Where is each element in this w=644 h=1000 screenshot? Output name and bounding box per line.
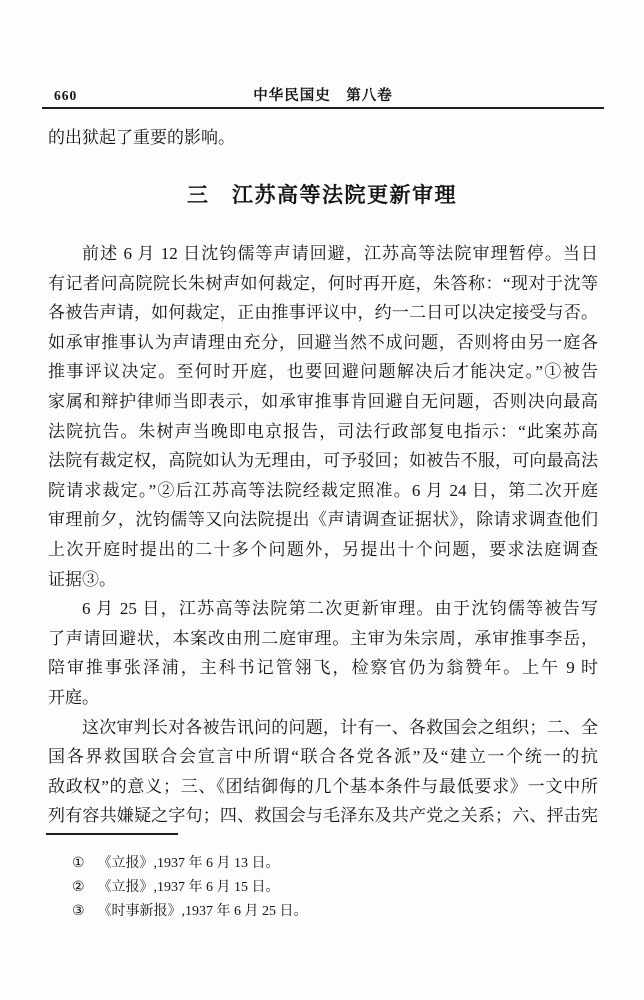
text-line: 审理前夕，沈钧儒等又向法院提出《声请调查证据状》，除请求调查他们 (48, 505, 598, 535)
text-line: 国各界救国联合会宣言中所谓“联合各党各派”及“建立一个统一的抗 (48, 742, 598, 772)
body-text: 前述 6 月 12 日沈钧儒等声请回避，江苏高等法院审理暂停。当日有记者问高院院… (48, 239, 598, 831)
text-line: 有记者问高院院长朱树声如何裁定，何时再开庭，朱答称：“现对于沈等 (48, 269, 598, 299)
text-line: 各被告声请，如何裁定，正由推事评议中，约一二日可以决定接受与否。 (48, 298, 598, 328)
continuation-line: 的出狱起了重要的影响。 (48, 123, 598, 153)
section-heading: 三 江苏高等法院更新审理 (0, 179, 644, 211)
footnotes: ①《立报》,1937 年 6 月 13 日。②《立报》,1937 年 6 月 1… (72, 852, 598, 924)
page-number: 660 (54, 87, 77, 105)
text-line: 如承审推事认为声请理由充分，回避当然不成问题，否则将由另一庭各 (48, 328, 598, 358)
header-rule (42, 107, 604, 109)
text-line: 前述 6 月 12 日沈钧儒等声请回避，江苏高等法院审理暂停。当日 (48, 239, 598, 269)
text-line: 法院有裁定权，高院如认为无理由，可予驳回；如被告不服，可向最高法 (48, 446, 598, 476)
page-header: 660 中华民国史 第八卷 (48, 87, 598, 105)
footnote-separator (46, 833, 178, 835)
text-line: 敌政权”的意义；三、《团结御侮的几个基本条件与最低要求》一文中所 (48, 772, 598, 802)
text-line: 院请求裁定。”②后江苏高等法院经裁定照准。6 月 24 日，第二次开庭 (48, 476, 598, 506)
footnote-text: 《立报》,1937 年 6 月 15 日。 (98, 880, 280, 895)
footnote-marker: ② (72, 876, 85, 900)
text-line: 家属和辩护律师当即表示，如承审推事肯回避自无问题，否则决向最高 (48, 387, 598, 417)
footnote-item: ③《时事新报》,1937 年 6 月 25 日。 (72, 900, 598, 924)
text-line: 证据③。 (48, 565, 598, 595)
text-line: 6 月 25 日，江苏高等法院第二次更新审理。由于沈钧儒等被告写 (48, 594, 598, 624)
text-line: 陪审推事张泽浦，主科书记管翎飞，检察官仍为翁赞年。上午 9 时 (48, 653, 598, 683)
text-line: 了声请回避状，本案改由刑二庭审理。主审为朱宗周，承审推事李岳， (48, 624, 598, 654)
footnote-item: ①《立报》,1937 年 6 月 13 日。 (72, 852, 598, 876)
text-line: 推事评议决定。至何时开庭，也要回避问题解决后才能决定。”①被告 (48, 357, 598, 387)
text-line: 开庭。 (48, 683, 598, 713)
footnote-text: 《时事新报》,1937 年 6 月 25 日。 (98, 904, 308, 919)
book-page: 660 中华民国史 第八卷 的出狱起了重要的影响。 三 江苏高等法院更新审理 前… (0, 0, 644, 1000)
text-line: 列有容共嫌疑之字句；四、救国会与毛泽东及共产党之关系；六、抨击宪 (48, 801, 598, 831)
text-line: 上次开庭时提出的二十多个问题外，另提出十个问题，要求法庭调查 (48, 535, 598, 565)
footnote-text: 《立报》,1937 年 6 月 13 日。 (98, 856, 280, 871)
footnote-marker: ① (72, 852, 85, 876)
text-line: 这次审判长对各被告讯问的问题，计有一、各救国会之组织；二、全 (48, 713, 598, 743)
text-line: 法院抗告。朱树声当晚即电京报告，司法行政部复电指示：“此案苏高 (48, 417, 598, 447)
book-title: 中华民国史 第八卷 (48, 87, 598, 105)
footnote-item: ②《立报》,1937 年 6 月 15 日。 (72, 876, 598, 900)
footnote-marker: ③ (72, 900, 85, 924)
